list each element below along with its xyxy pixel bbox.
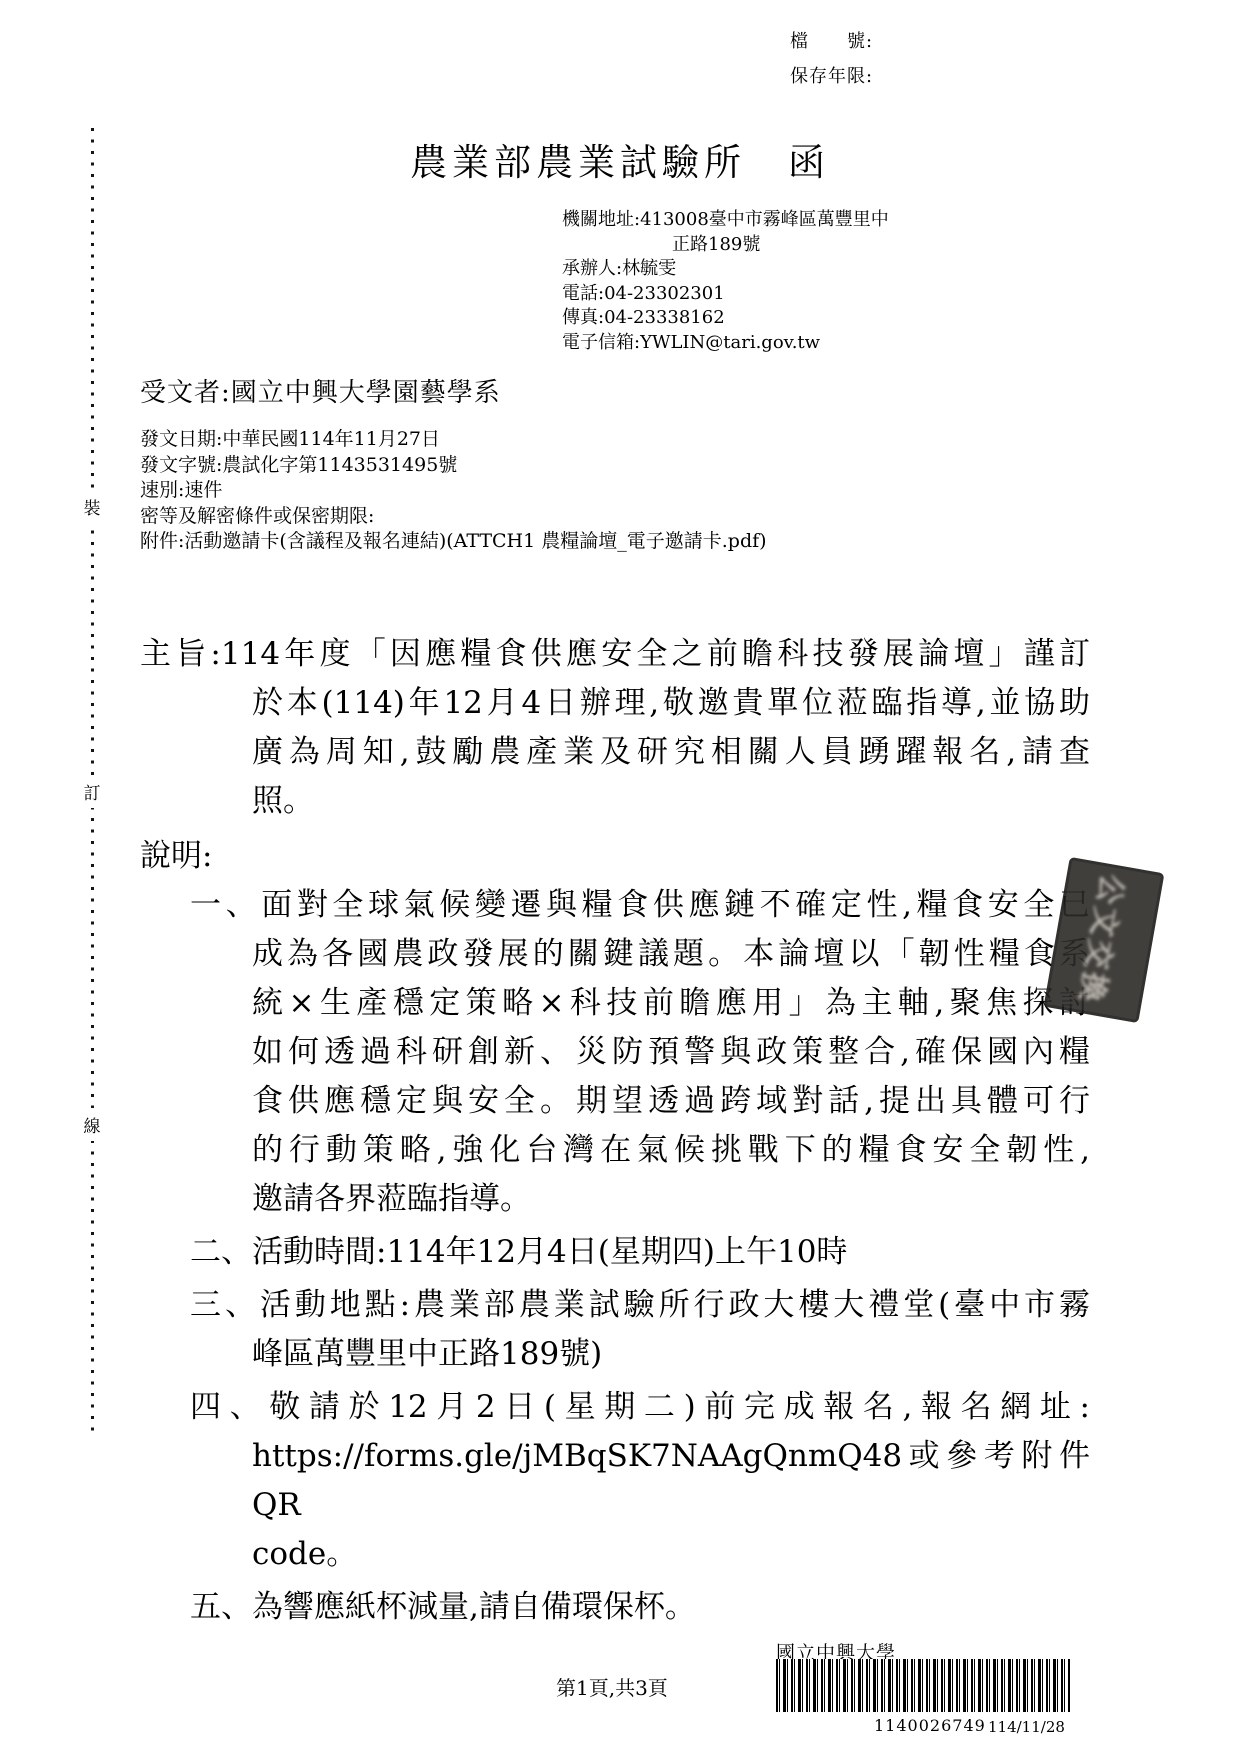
registration-barcode	[776, 1659, 1070, 1712]
description-item-2: 二、活動時間:114年12月4日(星期四)上午10時	[190, 1228, 1090, 1277]
priority-line: 速別:速件	[140, 478, 767, 504]
agency-fax: 傳真:04-23338162	[562, 306, 889, 331]
description-item-4: 四、敬請於12月2日(星期二)前完成報名,報名網址: https://forms…	[190, 1383, 1090, 1579]
description-block: 說明: 一、面對全球氣候變遷與糧食供應鏈不確定性,糧食安全已 成為各國農政發展的…	[140, 832, 1090, 1632]
agency-email: 電子信箱:YWLIN@tari.gov.tw	[562, 331, 889, 356]
subject-block: 主旨:114年度「因應糧食供應安全之前瞻科技發展論壇」謹訂 於本(114)年12…	[140, 630, 1090, 826]
attachment-line: 附件:活動邀請卡(含議程及報名連結)(ATTCH1 農糧論壇_電子邀請卡.pdf…	[140, 529, 767, 555]
description-item-5: 五、為響應紙杯減量,請自備環保杯。	[190, 1583, 1090, 1632]
item-line: 一、面對全球氣候變遷與糧食供應鏈不確定性,糧食安全已	[190, 881, 1090, 930]
issue-date-line: 發文日期:中華民國114年11月27日	[140, 427, 767, 453]
item-line: 如何透過科研創新、災防預警與政策整合,確保國內糧	[190, 1028, 1090, 1077]
item-line: 三、活動地點:農業部農業試驗所行政大樓大禮堂(臺中市霧	[190, 1281, 1090, 1330]
page-number-info: 第1頁,共3頁	[556, 1672, 668, 1701]
item-line: code。	[190, 1530, 1090, 1579]
subject-line: 照。	[140, 777, 1090, 826]
agency-address-line1: 機關地址:413008臺中市霧峰區萬豐里中	[562, 208, 889, 233]
recipient-line: 受文者:國立中興大學園藝學系	[140, 372, 501, 409]
agency-address-line2: 正路189號	[562, 233, 889, 258]
binding-mark-xian: 線	[77, 1108, 107, 1141]
description-heading: 說明:	[140, 832, 1090, 881]
subject-line: 於本(114)年12月4日辦理,敬邀貴單位蒞臨指導,並協助	[140, 679, 1090, 728]
description-items: 一、面對全球氣候變遷與糧食供應鏈不確定性,糧食安全已 成為各國農政發展的關鍵議題…	[190, 881, 1090, 1632]
item-line: 的行動策略,強化台灣在氣候挑戰下的糧食安全韌性,	[190, 1126, 1090, 1175]
issue-number-line: 發文字號:農試化字第1143531495號	[140, 453, 767, 479]
document-meta-block: 發文日期:中華民國114年11月27日 發文字號:農試化字第1143531495…	[140, 427, 767, 555]
file-number-label: 檔 號:	[790, 24, 873, 59]
subject-line: 廣為周知,鼓勵農產業及研究相關人員踴躍報名,請查	[140, 728, 1090, 777]
stamp-text: 公文交換	[1071, 871, 1137, 1009]
agency-phone: 電話:04-23302301	[562, 282, 889, 307]
item-line: 峰區萬豐里中正路189號)	[190, 1330, 1090, 1379]
retention-period-label: 保存年限:	[790, 59, 873, 94]
official-letter-page: 檔 號: 保存年限: 農業部農業試驗所 函 機關地址:413008臺中市霧峰區萬…	[0, 0, 1240, 1754]
registration-number: 1140026749	[874, 1716, 986, 1735]
item-line: 四、敬請於12月2日(星期二)前完成報名,報名網址:	[190, 1383, 1090, 1432]
item-line: 成為各國農政發展的關鍵議題。本論壇以「韌性糧食系	[190, 930, 1090, 979]
item-line: 邀請各界蒞臨指導。	[190, 1175, 1090, 1224]
item-line: 統×生產穩定策略×科技前瞻應用」為主軸,聚焦探討	[190, 979, 1090, 1028]
classification-line: 密等及解密條件或保密期限:	[140, 504, 767, 530]
document-title: 農業部農業試驗所 函	[0, 132, 1240, 186]
file-reference-block: 檔 號: 保存年限:	[790, 24, 873, 94]
agency-contact-person: 承辦人:林毓雯	[562, 257, 889, 282]
subject-line: 主旨:114年度「因應糧食供應安全之前瞻科技發展論壇」謹訂	[140, 630, 1090, 679]
binding-mark-zhuang: 裝	[77, 490, 107, 523]
item-line: 二、活動時間:114年12月4日(星期四)上午10時	[190, 1228, 1090, 1277]
description-item-3: 三、活動地點:農業部農業試驗所行政大樓大禮堂(臺中市霧 峰區萬豐里中正路189號…	[190, 1281, 1090, 1379]
agency-contact-block: 機關地址:413008臺中市霧峰區萬豐里中 正路189號 承辦人:林毓雯 電話:…	[562, 208, 889, 356]
registration-date: 114/11/28	[988, 1718, 1065, 1736]
item-line: 食供應穩定與安全。期望透過跨域對話,提出具體可行	[190, 1077, 1090, 1126]
description-item-1: 一、面對全球氣候變遷與糧食供應鏈不確定性,糧食安全已 成為各國農政發展的關鍵議題…	[190, 881, 1090, 1224]
registration-url-line: https://forms.gle/jMBqSK7NAAgQnmQ48或參考附件…	[190, 1432, 1090, 1530]
item-line: 五、為響應紙杯減量,請自備環保杯。	[190, 1583, 1090, 1632]
binding-mark-ding: 訂	[77, 775, 107, 808]
